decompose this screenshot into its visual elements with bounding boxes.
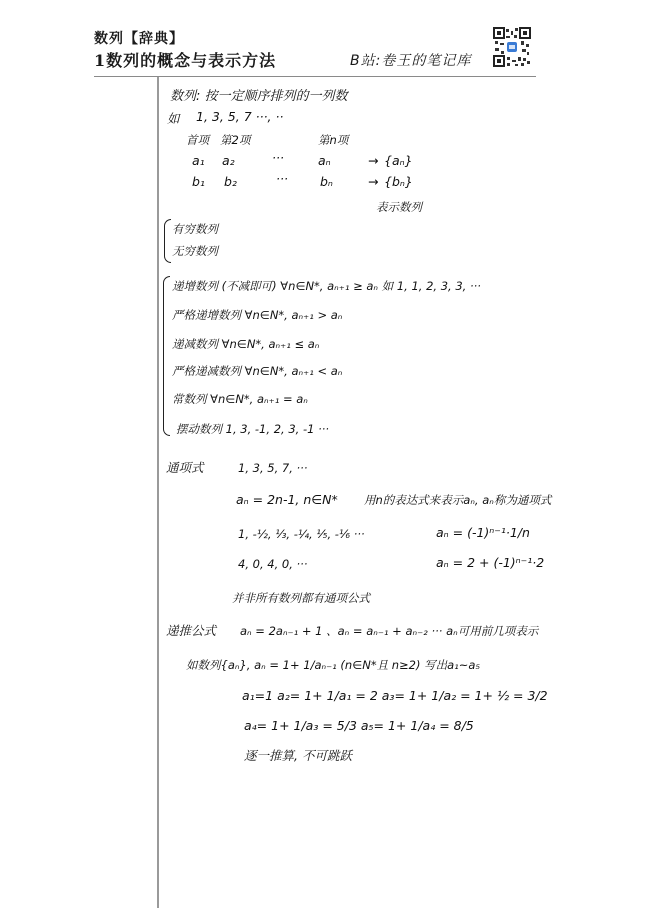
recursive-formula: aₙ = 2aₙ₋₁ + 1 、aₙ = aₙ₋₁ + aₙ₋₂ ··· aₙ可… <box>240 623 538 639</box>
seq-a-term1: a₁ <box>192 153 205 168</box>
increasing-sequence: 递增数列 (不减即可) ∀n∈N*, aₙ₊₁ ≥ aₙ 如 1, 1, 2, … <box>172 278 481 294</box>
margin-line <box>157 77 159 908</box>
general-term-formula3: aₙ = 2 + (-1)ⁿ⁻¹·2 <box>436 555 544 570</box>
qr-code-icon <box>493 27 531 67</box>
general-term-seq3: 4, 0, 4, 0, ··· <box>238 557 307 571</box>
seq-b-set: {bₙ} <box>384 174 413 189</box>
general-term-seq2: 1, -½, ⅓, -¼, ⅕, -⅙ ··· <box>238 527 365 541</box>
definition-text: 数列: 按一定顺序排列的一列数 <box>170 85 348 104</box>
header-divider <box>94 76 536 77</box>
book-title: 数列【辞典】 <box>94 28 184 48</box>
recursive-formula-label: 递推公式 <box>166 621 216 639</box>
seq-b-dots: ··· <box>276 171 288 186</box>
seq-b-arrow: → <box>368 174 378 189</box>
finite-group-brace <box>164 219 171 263</box>
first-term-label: 首项 <box>186 132 209 148</box>
seq-a-nth: aₙ <box>318 153 331 168</box>
seq-a-arrow: → <box>368 153 378 168</box>
seq-b-nth: bₙ <box>320 174 333 189</box>
monotone-group-brace <box>163 276 170 436</box>
recursive-calc-line2: a₄= 1+ 1/a₃ = 5/3 a₅= 1+ 1/a₄ = 8/5 <box>244 718 474 733</box>
seq-a-term2: a₂ <box>222 153 235 168</box>
general-term-explanation: 用n的表达式来表示aₙ, aₙ称为通项式 <box>364 492 551 508</box>
recursive-example: 如数列{aₙ}, aₙ = 1+ 1/aₙ₋₁ (n∈N*且 n≥2) 写出a₁… <box>186 657 480 673</box>
represent-label: 表示数列 <box>376 199 422 215</box>
chapter-title: 1数列的概念与表示方法 <box>94 48 276 71</box>
decreasing-sequence: 递减数列 ∀n∈N*, aₙ₊₁ ≤ aₙ <box>172 336 319 352</box>
recursive-calc-line1: a₁=1 a₂= 1+ 1/a₁ = 2 a₃= 1+ 1/a₂ = 1+ ½ … <box>242 688 548 703</box>
seq-a-dots: ··· <box>272 150 284 165</box>
infinite-sequence-label: 无穷数列 <box>172 243 218 259</box>
strictly-decreasing-sequence: 严格递减数列 ∀n∈N*, aₙ₊₁ < aₙ <box>172 363 342 379</box>
nth-term-label: 第n项 <box>318 132 348 148</box>
recursive-conclusion: 逐一推算, 不可跳跃 <box>244 746 352 764</box>
example-sequence: 1, 3, 5, 7 ···, ·· <box>196 109 283 124</box>
strictly-increasing-sequence: 严格递增数列 ∀n∈N*, aₙ₊₁ > aₙ <box>172 307 342 323</box>
general-term-label: 通项式 <box>166 458 204 476</box>
general-term-formula1: aₙ = 2n-1, n∈N* <box>236 492 338 507</box>
finite-sequence-label: 有穷数列 <box>172 221 218 237</box>
general-term-formula2: aₙ = (-1)ⁿ⁻¹·1/n <box>436 525 530 540</box>
constant-sequence: 常数列 ∀n∈N*, aₙ₊₁ = aₙ <box>172 391 308 407</box>
brand-label: B站:卷王的笔记库 <box>350 50 471 70</box>
oscillating-sequence: 摆动数列 1, 3, -1, 2, 3, -1 ··· <box>176 421 329 437</box>
example-label: 如 <box>167 109 180 127</box>
general-term-note: 并非所有数列都有通项公式 <box>232 590 370 606</box>
seq-a-set: {aₙ} <box>384 153 413 168</box>
seq-b-term1: b₁ <box>192 174 205 189</box>
second-term-label: 第2项 <box>220 132 250 148</box>
seq-b-term2: b₂ <box>224 174 237 189</box>
general-term-seq1: 1, 3, 5, 7, ··· <box>238 461 307 475</box>
